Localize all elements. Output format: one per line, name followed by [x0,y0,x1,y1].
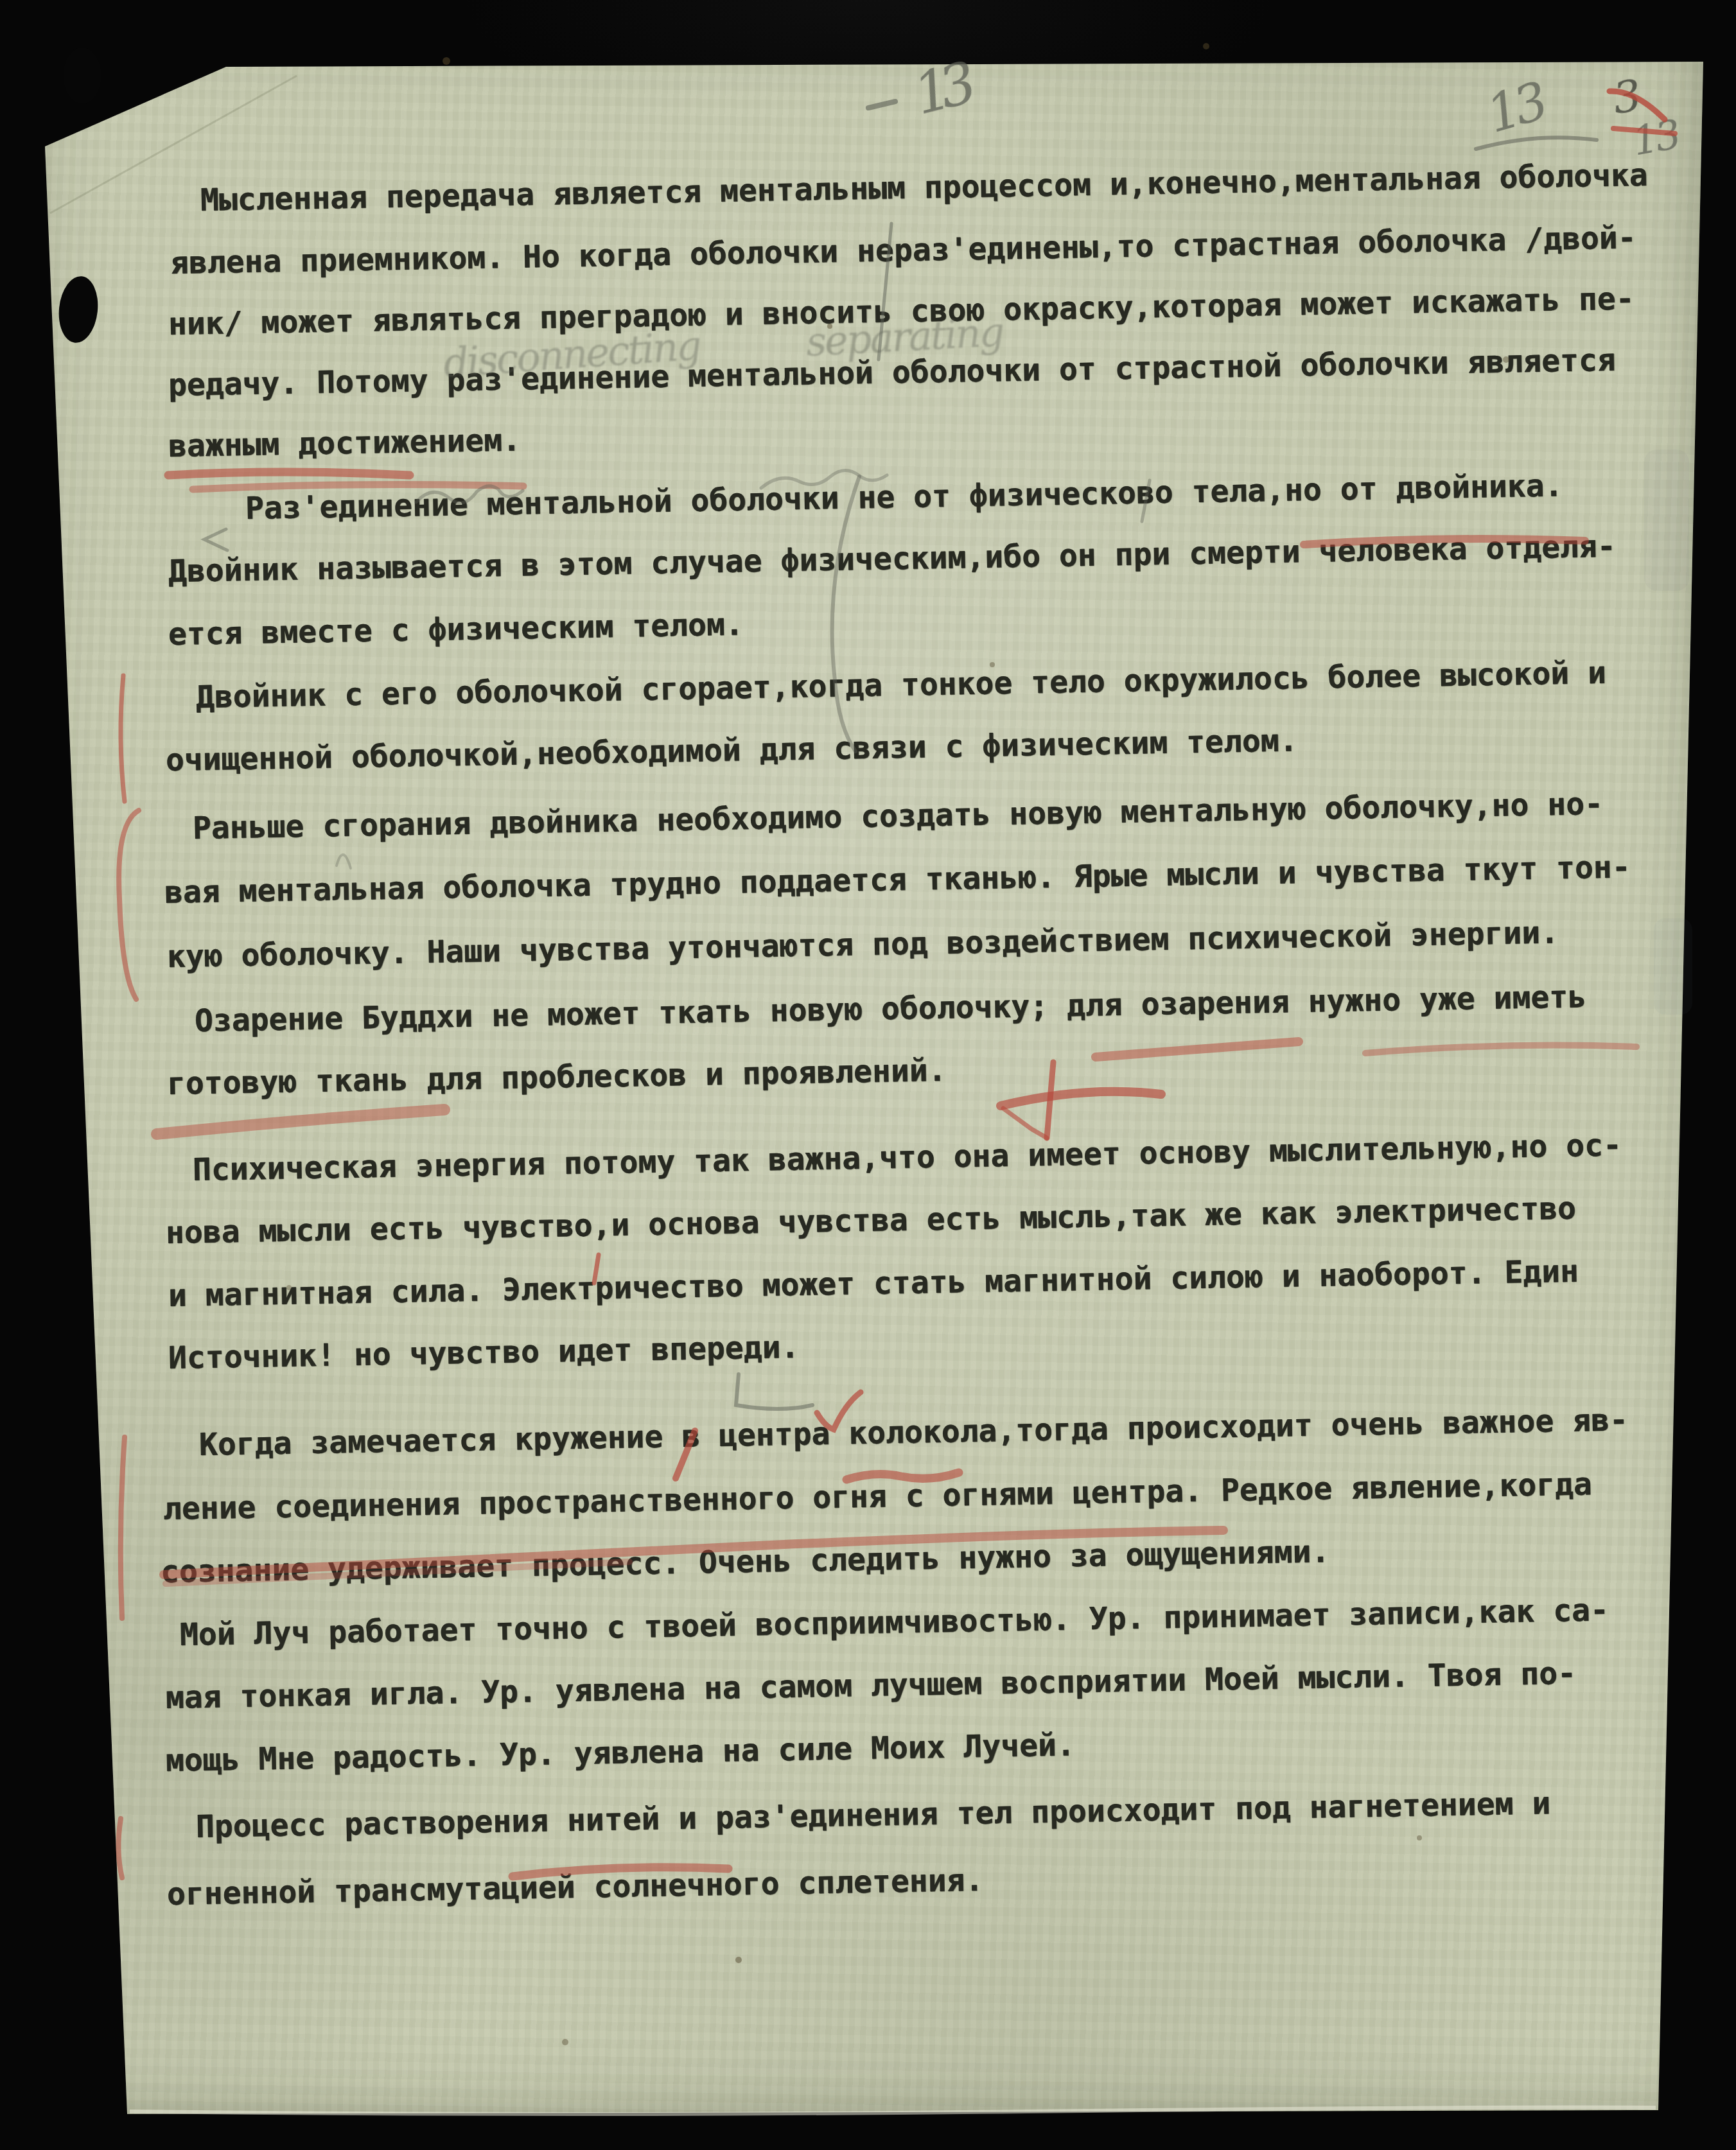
red-underline [168,472,410,475]
red-margin-line [121,676,125,801]
pencil-scribble [761,470,887,488]
red-insert-slash [676,1431,695,1478]
red-underline [157,1110,444,1134]
graphite-pencil-marks [204,101,1597,1409]
pencil-bracket [736,1374,812,1409]
pencil-chevron [204,529,227,550]
red-underline [1365,1045,1636,1053]
pencil-underline [1476,137,1597,149]
red-underline [164,1530,1223,1575]
red-underline [846,1473,959,1480]
paper-torn-edge [130,2108,1656,2114]
red-check-mark [817,1392,861,1429]
bleedthrough-ghosts [1644,450,1692,1015]
red-underline [1096,1042,1299,1057]
pencil-slash [1142,480,1150,521]
red-margin-line [121,1437,125,1618]
handwritten-marks-overlay [0,0,1736,2150]
red-check-mark [1003,1108,1047,1138]
red-pencil-marks [118,91,1675,1878]
pencil-parenthesis [832,476,859,751]
pencil-insert-slash [879,223,891,360]
scanned-document-photo: { "document": { "kind": "typewritten man… [0,0,1736,2150]
red-strike [1609,91,1665,119]
red-margin-bracket [119,810,139,999]
red-underline [1304,539,1585,545]
red-underline [193,484,523,489]
hole-punch-top [63,48,101,104]
hole-punch [56,274,101,345]
paper-specks [286,43,1509,2045]
red-underline [513,1867,728,1876]
red-tick [594,1255,599,1283]
pencil-squiggle [337,855,351,868]
red-check-mark [1001,1092,1161,1106]
red-margin-line [118,1819,122,1878]
red-strike [1613,128,1675,134]
pencil-dash [868,101,895,108]
